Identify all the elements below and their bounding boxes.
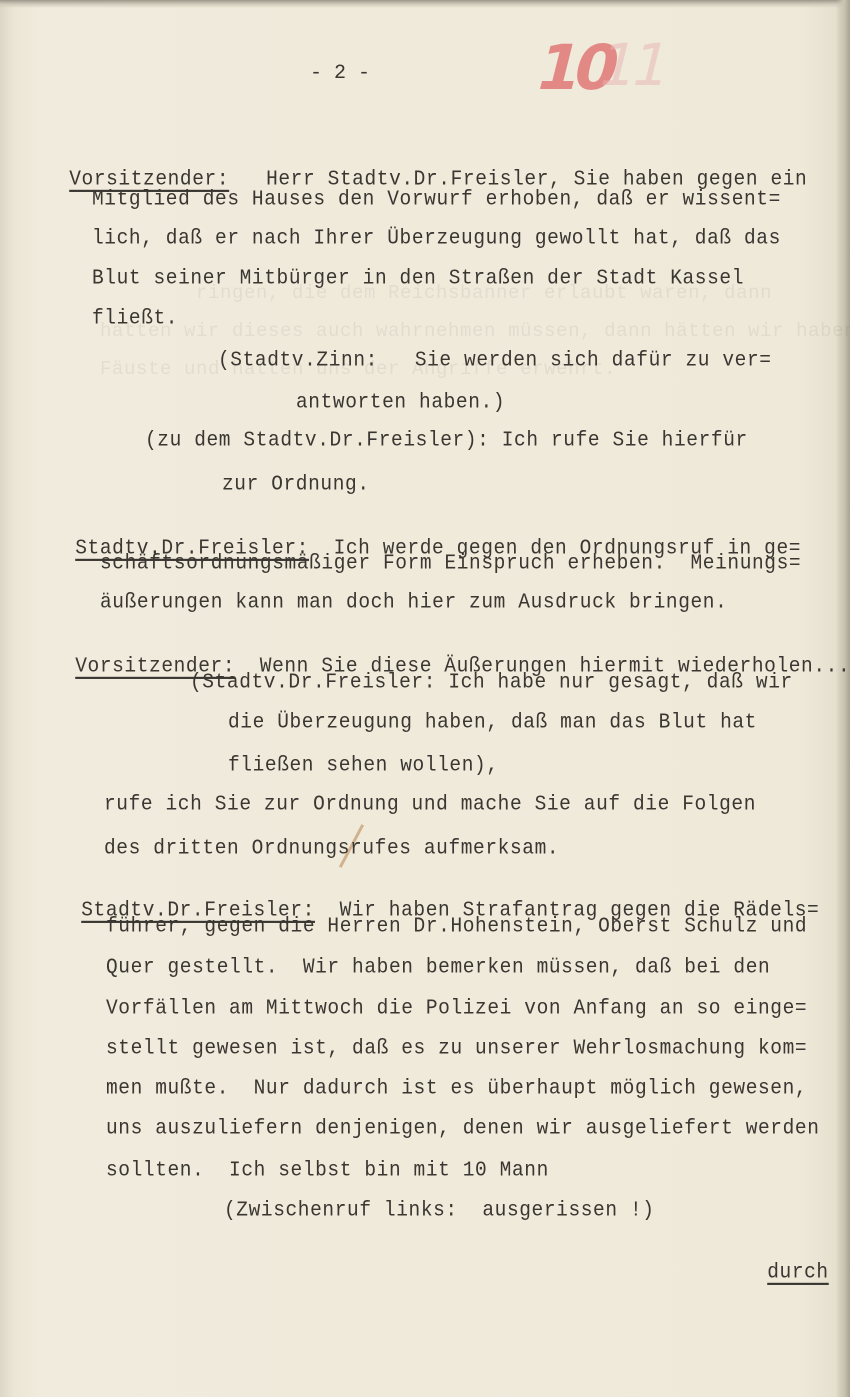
document-page: ringen, die dem Reichsbanner erlaubt war… — [0, 0, 850, 1397]
text-line: rufe ich Sie zur Ordnung und mache Sie a… — [104, 791, 756, 817]
text-line: schäftsordnungsmäßiger Form Einspruch er… — [100, 550, 801, 576]
text-line: (zu dem Stadtv.Dr.Freisler): Ich rufe Si… — [145, 427, 748, 453]
interjection-line: (Stadtv.Zinn: Sie werden sich dafür zu v… — [218, 347, 772, 373]
interjection-line: fließen sehen wollen), — [228, 752, 499, 778]
text-line: uns auszuliefern denjenigen, denen wir a… — [106, 1115, 820, 1141]
page-top-edge — [0, 0, 850, 8]
bleed-through-text: hätten wir dieses auch wahrnehmen müssen… — [100, 320, 850, 342]
interjection-line: (Stadtv.Dr.Freisler: Ich habe nur gesagt… — [190, 669, 793, 695]
text-line: Blut seiner Mitbürger in den Straßen der… — [92, 265, 744, 291]
interjection-line: antworten haben.) — [296, 389, 505, 415]
text-line: fließt. — [92, 305, 178, 331]
text-line: lich, daß er nach Ihrer Überzeugung gewo… — [92, 225, 781, 251]
catchword: durch — [718, 1233, 829, 1311]
text-line: äußerungen kann man doch hier zum Ausdru… — [100, 589, 727, 615]
text-line: zur Ordnung. — [222, 471, 370, 497]
text-line: des dritten Ordnungsrufes aufmerksam. — [104, 835, 559, 861]
text-line: Vorfällen am Mittwoch die Polizei von An… — [106, 995, 807, 1021]
text-line: führer, gegen die Herren Dr.Hohenstein, … — [106, 913, 807, 939]
interjection-line: die Überzeugung haben, daß man das Blut … — [228, 709, 757, 735]
text-line: sollten. Ich selbst bin mit 10 Mann — [106, 1157, 549, 1183]
text-line: men mußte. Nur dadurch ist es überhaupt … — [106, 1075, 807, 1101]
page-number: - 2 - — [310, 62, 370, 85]
text-line: Quer gestellt. Wir haben bemerken müssen… — [106, 954, 770, 980]
catchword-text: durch — [767, 1260, 829, 1284]
text-line: stellt gewesen ist, daß es zu unserer We… — [106, 1035, 807, 1061]
text-line: Mitglied des Hauses den Vorwurf erhoben,… — [92, 186, 781, 212]
interjection-line: (Zwischenruf links: ausgerissen !) — [224, 1197, 655, 1223]
